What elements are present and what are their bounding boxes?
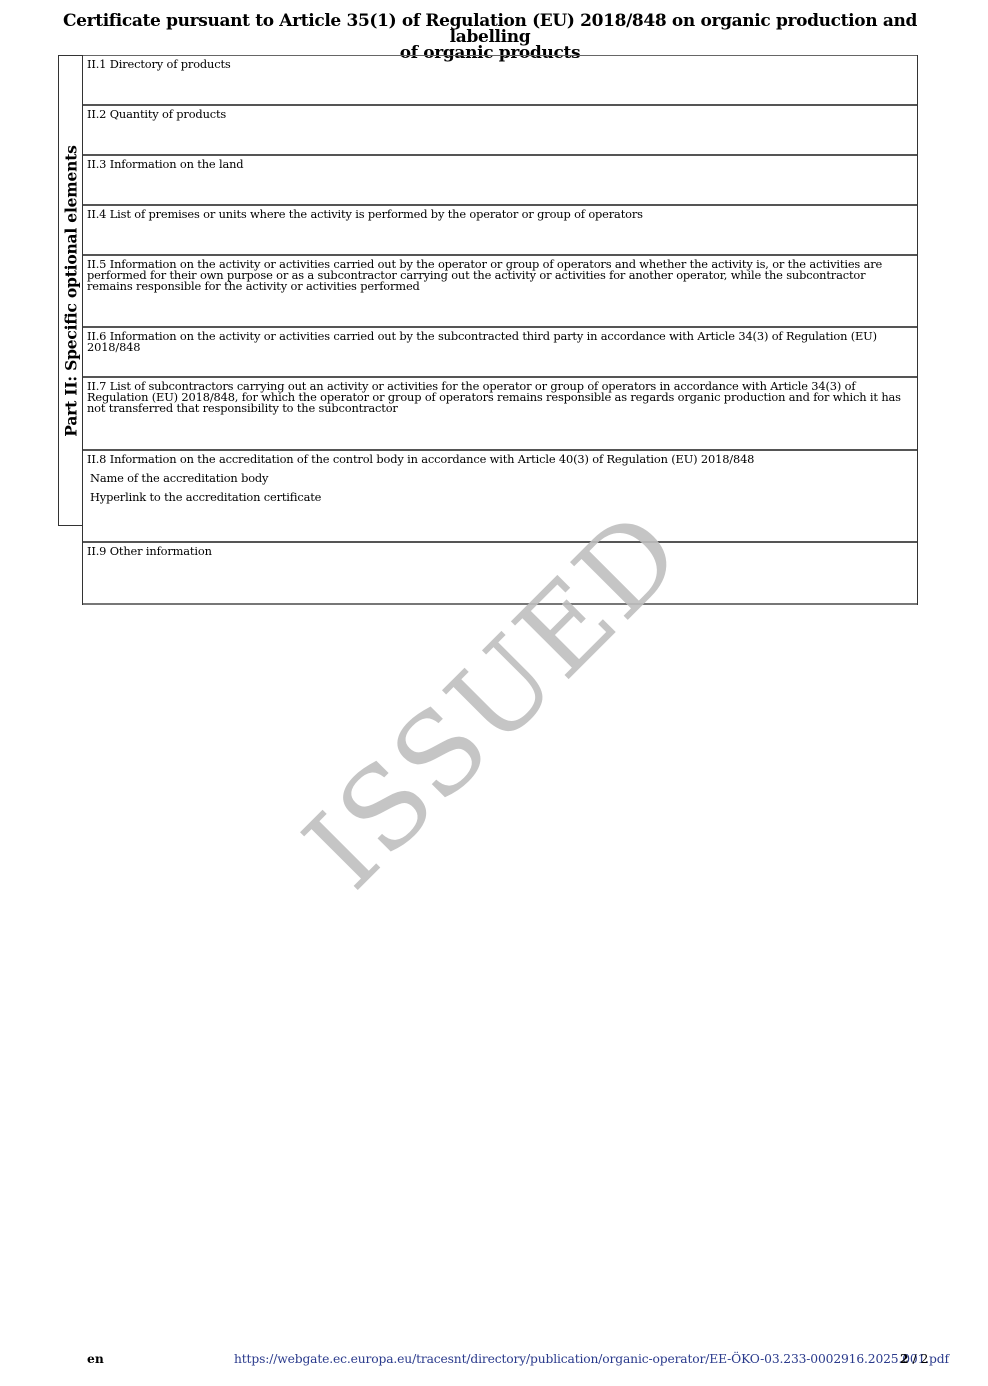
section-label: II.8 Information on the accreditation of…	[87, 452, 754, 466]
section-label: II.9 Other information	[87, 544, 212, 558]
page-title-line-1: Certificate pursuant to Article 35(1) of…	[50, 13, 930, 45]
page-total: 2	[921, 1352, 929, 1366]
accreditation-body-name-field: Name of the accreditation body	[87, 473, 913, 484]
accreditation-certificate-hyperlink-field: Hyperlink to the accreditation certifica…	[87, 492, 913, 503]
section-row-ii-9: II.9 Other information	[83, 541, 917, 605]
page-title: Certificate pursuant to Article 35(1) of…	[50, 13, 930, 61]
section-row-ii-8: II.8 Information on the accreditation of…	[83, 449, 917, 541]
section-label: II.6 Information on the activity or acti…	[87, 329, 877, 354]
section-label: II.1 Directory of products	[87, 57, 231, 71]
section-row-ii-7: II.7 List of subcontractors carrying out…	[83, 376, 917, 449]
section-row-ii-5: II.5 Information on the activity or acti…	[83, 254, 917, 326]
part-label-column: Part II: Specific optional elements	[58, 55, 82, 526]
page-separator: /	[909, 1352, 921, 1366]
page-current: 2	[900, 1351, 909, 1366]
footer-language: en	[87, 1352, 104, 1366]
footer-document-link[interactable]: https://webgate.ec.europa.eu/tracesnt/di…	[234, 1352, 949, 1366]
section-row-ii-3: II.3 Information on the land	[83, 154, 917, 204]
section-row-ii-2: II.2 Quantity of products	[83, 104, 917, 154]
certificate-table: II.1 Directory of products II.2 Quantity…	[82, 55, 918, 605]
part-label: Part II: Specific optional elements	[61, 145, 80, 436]
section-row-ii-1: II.1 Directory of products	[83, 55, 917, 104]
footer-page-number: 2 / 2	[900, 1352, 928, 1366]
section-label: II.2 Quantity of products	[87, 107, 226, 121]
section-label: II.7 List of subcontractors carrying out…	[87, 379, 901, 415]
section-label: II.4 List of premises or units where the…	[87, 207, 643, 221]
section-label: II.5 Information on the activity or acti…	[87, 257, 882, 293]
section-row-ii-6: II.6 Information on the activity or acti…	[83, 326, 917, 376]
section-row-ii-4: II.4 List of premises or units where the…	[83, 204, 917, 254]
section-label: II.3 Information on the land	[87, 157, 243, 171]
